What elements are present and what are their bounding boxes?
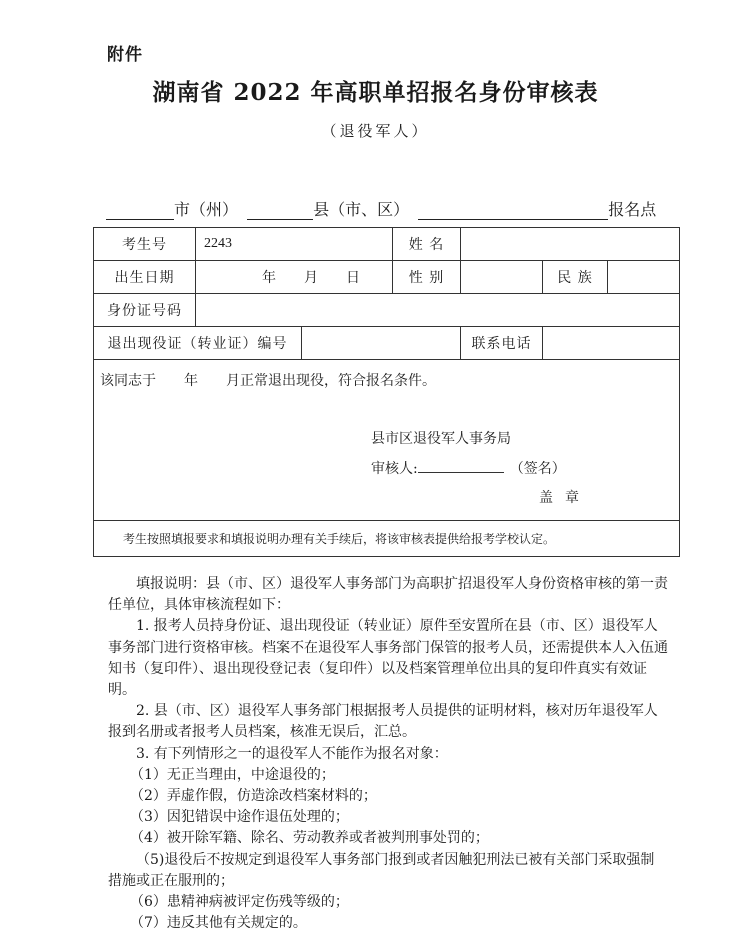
certification-statement: 该同志于 年 月正常退出现役，符合报名条件。	[100, 370, 436, 390]
location-line: 市（州） 县（市、区） 报名点	[106, 197, 686, 221]
exclusion-item-1: （1）无正当理由，中途退役的；	[108, 765, 668, 786]
exclusion-item-4: （4）被开除军籍、除名、劳动教养或者被判刑事处罚的；	[108, 828, 668, 849]
exclusion-item-2: （2）弄虚作假，仿造涂改档案材料的；	[108, 786, 668, 807]
document-title: 湖南省 2022 年高职单招报名身份审核表	[0, 74, 751, 107]
agency-name: 县市区退役军人事务局	[371, 428, 511, 448]
reviewer-label: 审核人:	[371, 461, 418, 477]
exclusion-item-7: （7）违反其他有关规定的。	[108, 913, 668, 930]
county-field[interactable]	[247, 202, 313, 220]
reviewer-signature-field[interactable]	[418, 458, 504, 473]
birth-field[interactable]: 年 月 日	[196, 261, 393, 294]
instruction-item-2: 2. 县（市、区）退役军人事务部门根据报考人员提供的证明材料，核对历年退役军人报…	[108, 701, 668, 743]
reviewer-line: 审核人:（签名）	[371, 458, 566, 478]
name-label: 姓 名	[393, 228, 461, 261]
exam-no-field[interactable]: 2243	[196, 228, 393, 261]
audit-form: 考生号 2243 姓 名 出生日期 年 月 日 性 别 民 族 身份证号码 退出…	[93, 227, 680, 557]
discharge-cert-field[interactable]	[302, 327, 461, 360]
gender-label: 性 别	[393, 261, 461, 294]
certification-box: 该同志于 年 月正常退出现役，符合报名条件。 县市区退役军人事务局 审核人:（签…	[94, 360, 679, 521]
exclusion-item-6: （6）患精神病被评定伤残等级的；	[108, 892, 668, 913]
id-number-label: 身份证号码	[94, 294, 196, 327]
site-field[interactable]	[418, 202, 608, 220]
instructions-section: 填报说明：县（市、区）退役军人事务部门为高职扩招退役军人身份资格审核的第一责任单…	[108, 574, 668, 930]
instruction-item-1: 1. 报考人员持身份证、退出现役证（转业证）原件至安置所在县（市、区）退役军人事…	[108, 616, 668, 701]
phone-label: 联系电话	[461, 327, 543, 360]
site-label: 报名点	[608, 197, 656, 220]
exclusion-item-5: （5)退役后不按规定到退役军人事务部门报到或者因触犯刑法已被有关部门采取强制措施…	[108, 850, 668, 892]
seal-label: 盖章	[539, 487, 591, 507]
discharge-cert-label: 退出现役证（转业证）编号	[94, 327, 302, 360]
id-number-field[interactable]	[196, 294, 679, 327]
exam-no-label: 考生号	[94, 228, 196, 261]
instructions-intro: 填报说明：县（市、区）退役军人事务部门为高职扩招退役军人身份资格审核的第一责任单…	[108, 574, 668, 616]
instruction-item-3: 3. 有下列情形之一的退役军人不能作为报名对象：	[108, 744, 668, 765]
document-subtitle: （退役军人）	[0, 120, 751, 141]
exclusion-item-3: （3）因犯错误中途作退伍处理的；	[108, 807, 668, 828]
birth-label: 出生日期	[94, 261, 196, 294]
ethnicity-field[interactable]	[608, 261, 679, 294]
gender-field[interactable]	[461, 261, 543, 294]
ethnicity-label: 民 族	[543, 261, 608, 294]
attachment-label: 附件	[107, 40, 143, 65]
city-field[interactable]	[106, 202, 174, 220]
phone-field[interactable]	[543, 327, 679, 360]
name-field[interactable]	[461, 228, 679, 261]
signature-note: （签名）	[510, 461, 566, 477]
county-label: 县（市、区）	[313, 197, 409, 220]
city-label: 市（州）	[174, 197, 238, 220]
form-footer-note: 考生按照填报要求和填报说明办理有关手续后，将该审核表提供给报考学校认定。	[94, 521, 679, 556]
